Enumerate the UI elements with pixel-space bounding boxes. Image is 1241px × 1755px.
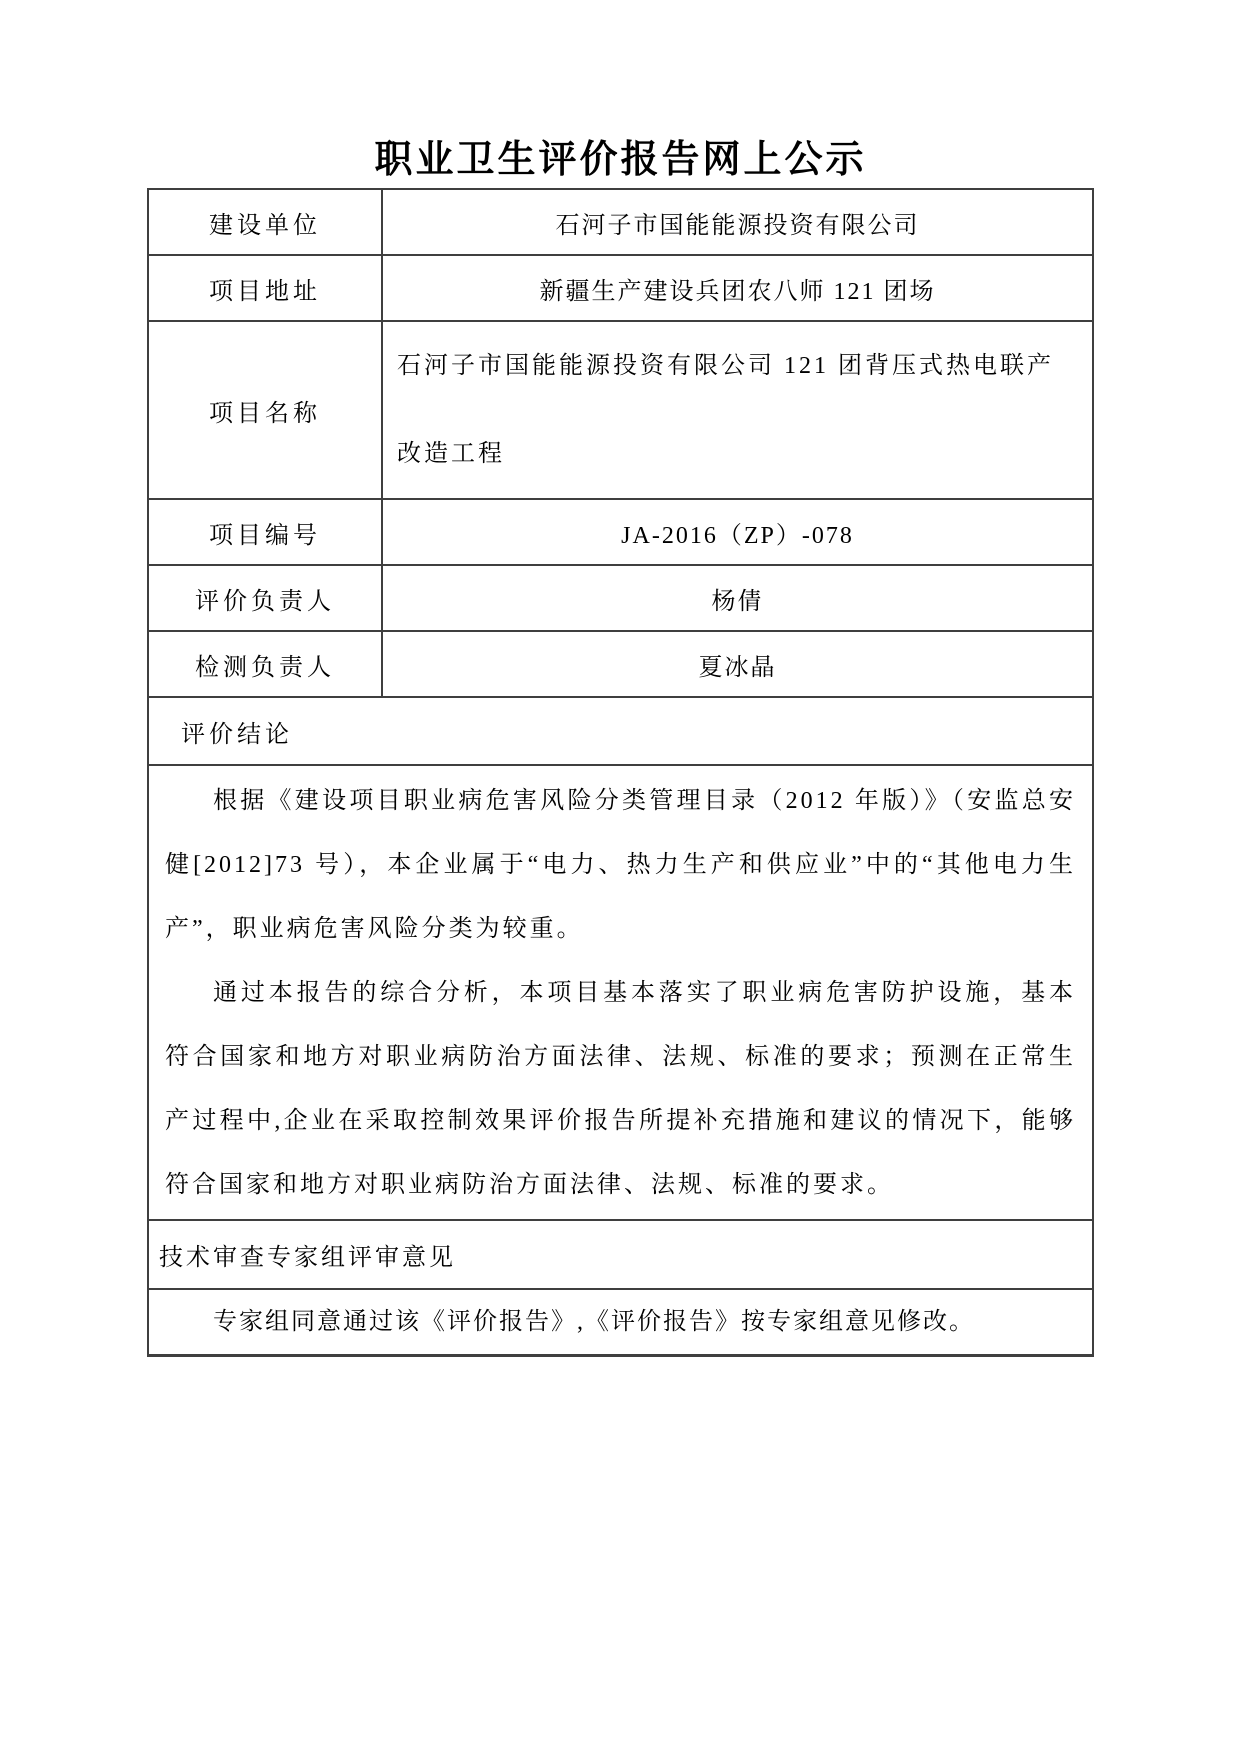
row-testing-lead: 检测负责人 夏冰晶: [148, 631, 1093, 697]
expert-opinion-cell: 专家组同意通过该《评价报告》,《评价报告》按专家组意见修改。: [148, 1289, 1093, 1356]
document-page: 职业卫生评价报告网上公示 建设单位 石河子市国能能源投资有限公司 项目地址 新疆…: [0, 0, 1241, 1755]
field-label-project-number: 项目编号: [148, 499, 382, 565]
field-value-project-name: 石河子市国能能源投资有限公司 121 团背压式热电联产改造工程: [382, 321, 1093, 499]
expert-opinion-text: 专家组同意通过该《评价报告》,《评价报告》按专家组意见修改。: [165, 1290, 1076, 1354]
row-expert-header: 技术审查专家组评审意见: [148, 1220, 1093, 1289]
row-conclusion-header: 评价结论: [148, 697, 1093, 765]
disclosure-table: 建设单位 石河子市国能能源投资有限公司 项目地址 新疆生产建设兵团农八师 121…: [147, 188, 1094, 1357]
field-label-project-name: 项目名称: [148, 321, 382, 499]
document-title: 职业卫生评价报告网上公示: [0, 0, 1241, 182]
row-project-name: 项目名称 石河子市国能能源投资有限公司 121 团背压式热电联产改造工程: [148, 321, 1093, 499]
field-value-testing-lead: 夏冰晶: [382, 631, 1093, 697]
field-label-evaluation-lead: 评价负责人: [148, 565, 382, 631]
row-project-address: 项目地址 新疆生产建设兵团农八师 121 团场: [148, 255, 1093, 321]
row-project-number: 项目编号 JA-2016（ZP）-078: [148, 499, 1093, 565]
row-evaluation-lead: 评价负责人 杨倩: [148, 565, 1093, 631]
row-construction-unit: 建设单位 石河子市国能能源投资有限公司: [148, 189, 1093, 255]
field-value-evaluation-lead: 杨倩: [382, 565, 1093, 631]
conclusion-paragraph-2: 通过本报告的综合分析，本项目基本落实了职业病危害防护设施，基本符合国家和地方对职…: [165, 961, 1076, 1217]
conclusion-section-label: 评价结论: [148, 697, 1093, 765]
row-expert-opinion: 专家组同意通过该《评价报告》,《评价报告》按专家组意见修改。: [148, 1289, 1093, 1356]
conclusion-paragraph-1: 根据《建设项目职业病危害风险分类管理目录（2012 年版）》（安监总安健[201…: [165, 769, 1076, 961]
field-label-testing-lead: 检测负责人: [148, 631, 382, 697]
field-label-project-address: 项目地址: [148, 255, 382, 321]
field-label-construction-unit: 建设单位: [148, 189, 382, 255]
conclusion-text-cell: 根据《建设项目职业病危害风险分类管理目录（2012 年版）》（安监总安健[201…: [148, 765, 1093, 1220]
expert-review-section-label: 技术审查专家组评审意见: [148, 1220, 1093, 1289]
field-value-project-number: JA-2016（ZP）-078: [382, 499, 1093, 565]
field-value-project-address: 新疆生产建设兵团农八师 121 团场: [382, 255, 1093, 321]
field-value-construction-unit: 石河子市国能能源投资有限公司: [382, 189, 1093, 255]
row-conclusion-body: 根据《建设项目职业病危害风险分类管理目录（2012 年版）》（安监总安健[201…: [148, 765, 1093, 1220]
